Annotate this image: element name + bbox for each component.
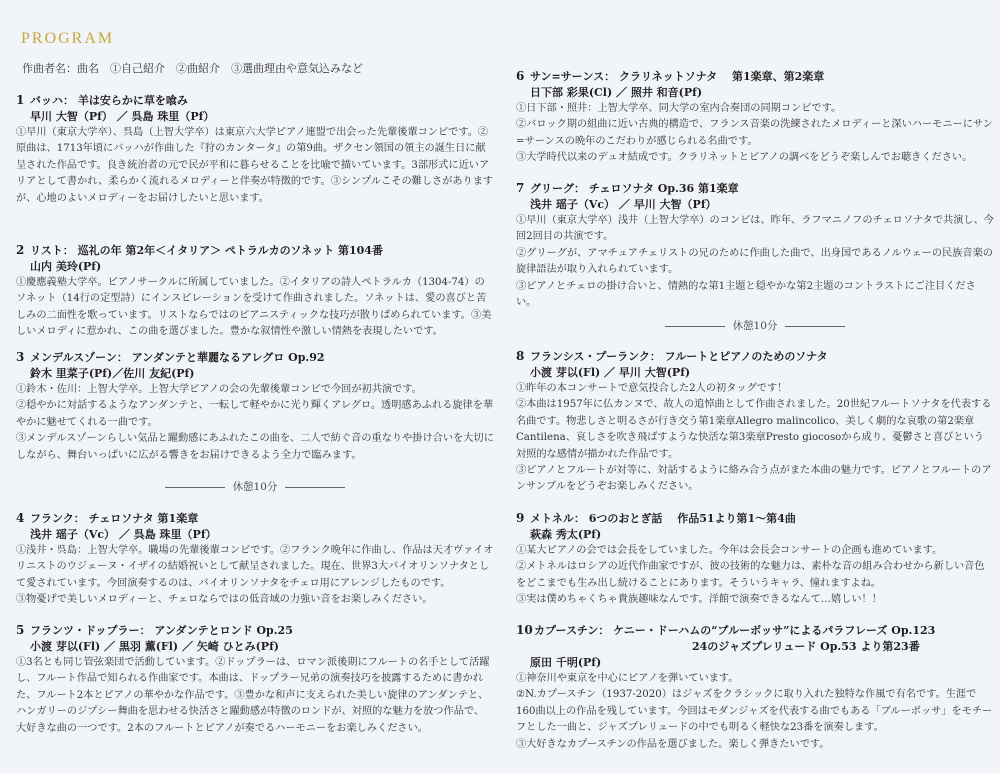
item-description: ①3名とも同じ管弦楽団で活動しています。②ドップラーは、ロマン派後期にフルートの… <box>16 655 494 737</box>
item-number: 1 <box>16 92 30 108</box>
description-paragraph: ①3名とも同じ管弦楽団で活動しています。②ドップラーは、ロマン派後期にフルートの… <box>16 655 494 737</box>
program-item-1: 1バッハ： 羊は安らかに草を喰み 早川 大智（Pf） ／ 呉島 珠里（Pf） ①… <box>16 92 494 207</box>
description-paragraph: ②穏やかに対話するようなアンダンテと、一転して軽やかに光り輝くアレグロ。透明感あ… <box>16 398 494 431</box>
description-paragraph: ①慶應義塾大学卒。ピアノサークルに所属していました。②イタリアの詩人ペトラルカ（… <box>16 275 494 341</box>
item-number: 5 <box>16 622 30 638</box>
program-item-3: 3メンデルスゾーン： アンダンテと華麗なるアレグロ Op.92 鈴木 里菜子(P… <box>16 349 494 464</box>
legend-note: 作曲者名：曲名 ①自己紹介 ②曲紹介 ③選曲理由や意気込みなど <box>22 60 363 76</box>
item-subtitle: 24のジャズプレリュード Op.53 より第23番 <box>516 640 920 653</box>
item-title: フランク： チェロソナタ 第1楽章 <box>30 512 198 525</box>
description-paragraph: ③ピアノとフルートが対等に、対話するように絡み合う点がまた本曲の魅力です。ピアノ… <box>516 463 994 496</box>
description-paragraph: ②N.カプースチン（1937-2020）はジャズをクラシックに取り入れた独特な作… <box>516 687 994 736</box>
program-item-7: 7グリーグ： チェロソナタ Op.36 第1楽章 浅井 瑶子（Vc） ／ 早川 … <box>516 180 994 311</box>
divider-line <box>285 487 345 488</box>
item-title: フランツ・ドップラー： アンダンテとロンド Op.25 <box>30 624 293 637</box>
description-paragraph: ③実は僕めちゃくちゃ貴族趣味なんです。洋館で演奏できるなんて…嬉しい！！ <box>516 592 994 608</box>
program-title: PROGRAM <box>21 30 114 48</box>
item-title: メンデルスゾーン： アンダンテと華麗なるアレグロ Op.92 <box>30 351 325 364</box>
intermission-divider: 休憩10分 <box>516 318 994 333</box>
item-description: ①早川（東京大学卒）浅井（上智大学卒）のコンビは、昨年、ラフマニノフのチェロソナ… <box>516 213 994 311</box>
program-item-2: 2リスト： 巡礼の年 第2年＜イタリア＞ ペトラルカのソネット 第104番 山内… <box>16 242 494 341</box>
item-number: 4 <box>16 510 30 526</box>
divider-line <box>785 326 845 327</box>
description-paragraph: ③物憂げで美しいメロディーと、チェロならではの低音域の力強い音をお楽しみください… <box>16 592 494 608</box>
description-paragraph: ①早川（東京大学卒）浅井（上智大学卒）のコンビは、昨年、ラフマニノフのチェロソナ… <box>516 213 994 246</box>
item-description: ①鈴木・佐川：上智大学卒。上智大学ピアノの会の先輩後輩コンビで今回が初共演です。… <box>16 382 494 464</box>
item-performers: 浅井 瑶子（Vc） ／ 呉島 珠里（Pf） <box>16 527 494 543</box>
item-title: メトネル： 6つのおとぎ話 作品51より第1〜第4曲 <box>530 512 796 525</box>
description-paragraph: ①神奈川や東京を中心にピアノを弾いています。 <box>516 671 994 687</box>
item-number: 8 <box>516 348 530 364</box>
item-number: 7 <box>516 180 530 196</box>
description-paragraph: ②バロック期の組曲に近い古典的構造で、フランス音楽の洗練されたメロディーと深いハ… <box>516 117 994 150</box>
intermission-label: 休憩10分 <box>233 481 278 493</box>
program-item-6: 6サン=サーンス： クラリネットソナタ 第1楽章、第2楽章 日下部 彩果(Cl)… <box>516 68 994 167</box>
description-paragraph: ③大好きなカプースチンの作品を選びました。楽しく弾きたいです。 <box>516 737 994 753</box>
description-paragraph: ①浅井・呉島：上智大学卒。職場の先輩後輩コンビです。②フランク晩年に作曲し、作品… <box>16 543 494 592</box>
program-item-10: 10カプースチン： ケニー・ドーハムの“ブルーボッサ”によるパラフレーズ Op.… <box>516 622 994 753</box>
item-description: ①神奈川や東京を中心にピアノを弾いています。 ②N.カプースチン（1937-20… <box>516 671 994 753</box>
program-page: PROGRAM 作曲者名：曲名 ①自己紹介 ②曲紹介 ③選曲理由や意気込みなど … <box>0 0 1000 773</box>
item-performers: 鈴木 里菜子(Pf)／佐川 友紀(Pf) <box>16 366 494 382</box>
item-performers: 浅井 瑶子（Vc） ／ 早川 大智（Pf） <box>516 197 994 213</box>
item-title: フランシス・プーランク： フルートとピアノのためのソナタ <box>530 350 828 363</box>
item-title: リスト： 巡礼の年 第2年＜イタリア＞ ペトラルカのソネット 第104番 <box>30 244 383 257</box>
description-paragraph: ②本曲は1957年に仏カンヌで、故人の追悼曲として作曲されました。20世紀フルー… <box>516 397 994 463</box>
item-performers: 小渡 芽以(Fl) ／ 黒羽 薫(Fl) ／ 矢崎 ひとみ(Pf) <box>16 639 494 655</box>
item-performers: 小渡 芽以(Fl) ／ 早川 大智(Pf) <box>516 365 994 381</box>
item-title: サン=サーンス： クラリネットソナタ 第1楽章、第2楽章 <box>530 70 824 83</box>
item-title: バッハ： 羊は安らかに草を喰み <box>30 94 188 107</box>
item-performers: 早川 大智（Pf） ／ 呉島 珠里（Pf） <box>16 109 494 125</box>
description-paragraph: ②メトネルはロシアの近代作曲家ですが、彼の技術的な魅力は、素朴な音の組み合わせか… <box>516 559 994 592</box>
item-number: 10 <box>516 622 534 638</box>
program-item-4: 4フランク： チェロソナタ 第1楽章 浅井 瑶子（Vc） ／ 呉島 珠里（Pf）… <box>16 510 494 609</box>
item-description: ①某大ピアノの会では会長をしていました。今年は会長会コンサートの企画も進めていま… <box>516 543 994 609</box>
program-item-5: 5フランツ・ドップラー： アンダンテとロンド Op.25 小渡 芽以(Fl) ／… <box>16 622 494 737</box>
description-paragraph: ③大学時代以来のデュオ結成です。クラリネットとピアノの調べをどうぞ楽しんでお聴き… <box>516 150 994 166</box>
item-performers: 日下部 彩果(Cl) ／ 照井 和音(Pf) <box>516 85 994 101</box>
item-description: ①慶應義塾大学卒。ピアノサークルに所属していました。②イタリアの詩人ペトラルカ（… <box>16 275 494 341</box>
program-item-8: 8フランシス・プーランク： フルートとピアノのためのソナタ 小渡 芽以(Fl) … <box>516 348 994 496</box>
item-number: 3 <box>16 349 30 365</box>
item-performers: 山内 美玲(Pf) <box>16 259 494 275</box>
item-performers: 萩森 秀太(Pf) <box>516 527 994 543</box>
description-paragraph: ③ピアノとチェロの掛け合いと、情熱的な第1主題と穏やかな第2主題のコントラストに… <box>516 279 994 312</box>
divider-line <box>665 326 725 327</box>
description-paragraph: ①日下部・照井：上智大学卒、同大学の室内合奏団の同期コンビです。 <box>516 101 994 117</box>
intermission-label: 休憩10分 <box>733 320 778 332</box>
description-paragraph: ③メンデルスゾーンらしい気品と躍動感にあふれたこの曲を、二人で紡ぐ音の重なりや掛… <box>16 431 494 464</box>
item-description: ①浅井・呉島：上智大学卒。職場の先輩後輩コンビです。②フランク晩年に作曲し、作品… <box>16 543 494 609</box>
description-paragraph: ①早川（東京大学卒）、呉島（上智大学卒）は東京六大学ピアノ連盟で出会った先輩後輩… <box>16 125 494 207</box>
description-paragraph: ①鈴木・佐川：上智大学卒。上智大学ピアノの会の先輩後輩コンビで今回が初共演です。 <box>16 382 494 398</box>
description-paragraph: ①昨年の本コンサートで意気投合した2人の初タッグです！ <box>516 381 994 397</box>
program-item-9: 9メトネル： 6つのおとぎ話 作品51より第1〜第4曲 萩森 秀太(Pf) ①某… <box>516 510 994 609</box>
description-paragraph: ①某大ピアノの会では会長をしていました。今年は会長会コンサートの企画も進めていま… <box>516 543 994 559</box>
item-description: ①昨年の本コンサートで意気投合した2人の初タッグです！ ②本曲は1957年に仏カ… <box>516 381 994 496</box>
item-performers: 原田 千明(Pf) <box>516 655 994 671</box>
item-description: ①日下部・照井：上智大学卒、同大学の室内合奏団の同期コンビです。 ②バロック期の… <box>516 101 994 167</box>
item-title: グリーグ： チェロソナタ Op.36 第1楽章 <box>530 182 739 195</box>
description-paragraph: ②グリーグが、アマチュアチェリストの兄のために作曲した曲で、出身国であるノルウェ… <box>516 246 994 279</box>
intermission-divider: 休憩10分 <box>16 479 494 494</box>
item-description: ①早川（東京大学卒）、呉島（上智大学卒）は東京六大学ピアノ連盟で出会った先輩後輩… <box>16 125 494 207</box>
item-number: 2 <box>16 242 30 258</box>
item-title: カプースチン： ケニー・ドーハムの“ブルーボッサ”によるパラフレーズ Op.12… <box>534 624 935 637</box>
item-number: 6 <box>516 68 530 84</box>
item-number: 9 <box>516 510 530 526</box>
divider-line <box>165 487 225 488</box>
